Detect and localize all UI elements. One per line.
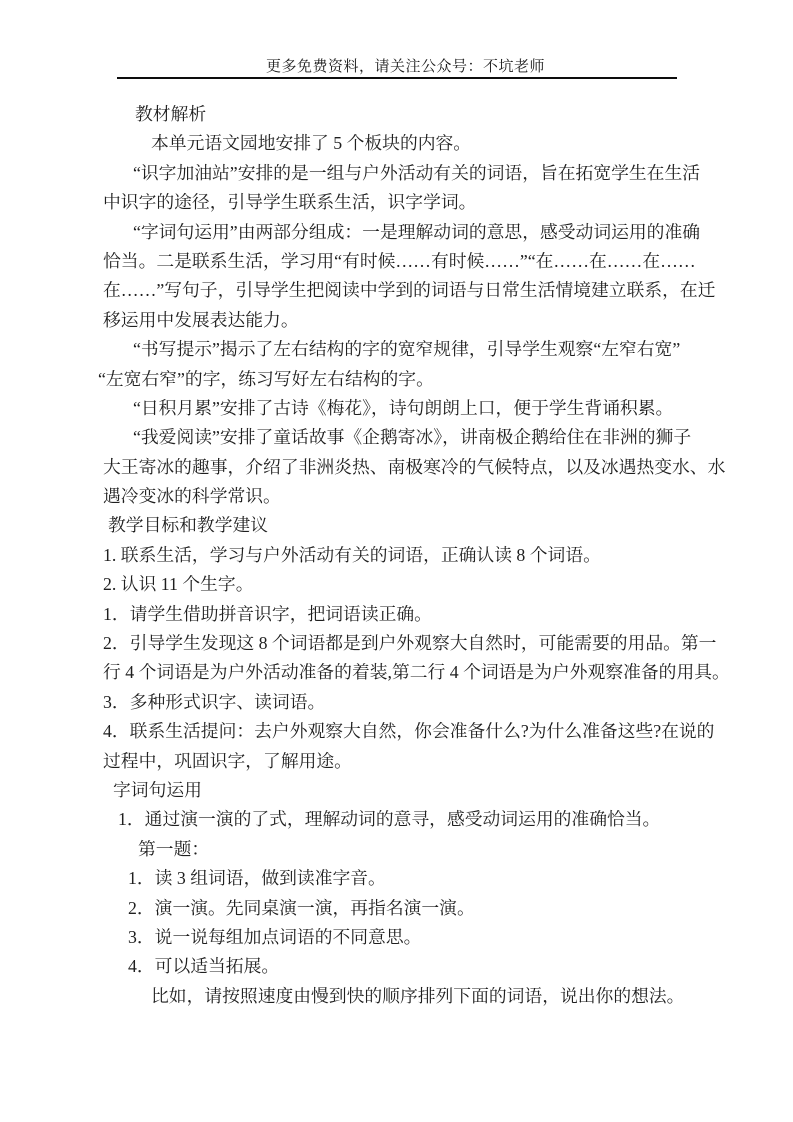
doc-line: “字词句运用”由两部分组成：一是理解动词的意思，感受动词运用的准确 xyxy=(103,218,763,247)
heading-teaching-goals-suggestions: 教学目标和教学建议 xyxy=(103,511,763,540)
doc-line: “我爱阅读”安排了童话故事《企鹅寄冰》，讲南极企鹅给住在非洲的狮子 xyxy=(103,423,763,452)
doc-line: 恰当。二是联系生活，学习用“有时候……有时候……”“在……在……在…… xyxy=(103,247,763,276)
label-question-one: 第一题： xyxy=(103,835,763,864)
doc-line: 在……”写句子，引导学生把阅读中学到的词语与日常生活情境建立联系，在迁 xyxy=(103,276,763,305)
doc-line: 过程中，巩固识字，了解用途。 xyxy=(103,747,763,776)
doc-line: 2．引导学生发现这 8 个词语都是到户外观察大自然时，可能需要的用品。第一 xyxy=(103,629,763,658)
doc-line: 中识字的途径，引导学生联系生活，识字学词。 xyxy=(103,188,763,217)
doc-line: “识字加油站”安排的是一组与户外活动有关的词语，旨在拓宽学生在生活 xyxy=(103,159,763,188)
doc-line: 1．请学生借助拼音识字，把词语读正确。 xyxy=(103,600,763,629)
doc-line: 1．读 3 组词语，做到读准字音。 xyxy=(103,864,763,893)
doc-line: 1. 联系生活，学习与户外活动有关的词语，正确认读 8 个词语。 xyxy=(103,541,763,570)
doc-line: 3．多种形式识字、读词语。 xyxy=(103,688,763,717)
doc-line: “日积月累”安排了古诗《梅花》，诗句朗朗上口，便于学生背诵积累。 xyxy=(103,394,763,423)
doc-line: 4．联系生活提问：去户外观察大自然，你会准备什么?为什么准备这些?在说的 xyxy=(103,717,763,746)
doc-line: 比如，请按照速度由慢到快的顺序排列下面的词语，说出你的想法。 xyxy=(103,982,763,1011)
document-page: 更多免费资料，请关注公众号：不坑老师 教材解析 本单元语文园地安排了 5 个板块… xyxy=(0,0,793,1122)
doc-line: 本单元语文园地安排了 5 个板块的内容。 xyxy=(103,129,763,158)
doc-line: “左宽右窄”的字，练习写好左右结构的字。 xyxy=(98,365,763,394)
heading-textbook-analysis: 教材解析 xyxy=(103,100,763,129)
doc-line: 2. 认识 11 个生字。 xyxy=(103,570,763,599)
doc-line: “书写提示”揭示了左右结构的字的宽窄规律，引导学生观察“左窄右宽” xyxy=(103,335,763,364)
heading-word-sentence-use: 字词句运用 xyxy=(103,776,763,805)
doc-line: 大王寄冰的趣事，介绍了非洲炎热、南极寒冷的气候特点，以及冰遇热变水、水 xyxy=(103,453,763,482)
doc-line: 4．可以适当拓展。 xyxy=(103,952,763,981)
doc-line: 2．演一演。先同桌演一演，再指名演一演。 xyxy=(103,894,763,923)
doc-line: 1．通过演一演的了式，理解动词的意寻，感受动词运用的准确恰当。 xyxy=(103,805,763,834)
header-divider xyxy=(117,77,677,79)
doc-line: 移运用中发展表达能力。 xyxy=(103,306,763,335)
document-body: 教材解析 本单元语文园地安排了 5 个板块的内容。 “识字加油站”安排的是一组与… xyxy=(103,100,763,1011)
doc-line: 3．说一说每组加点词语的不同意思。 xyxy=(103,923,763,952)
header-notice: 更多免费资料，请关注公众号：不坑老师 xyxy=(9,59,793,75)
doc-line: 行 4 个词语是为户外活动准备的着装,第二行 4 个词语是为户外观察准备的用具。 xyxy=(103,658,763,687)
doc-line: 遇冷变冰的科学常识。 xyxy=(103,482,763,511)
